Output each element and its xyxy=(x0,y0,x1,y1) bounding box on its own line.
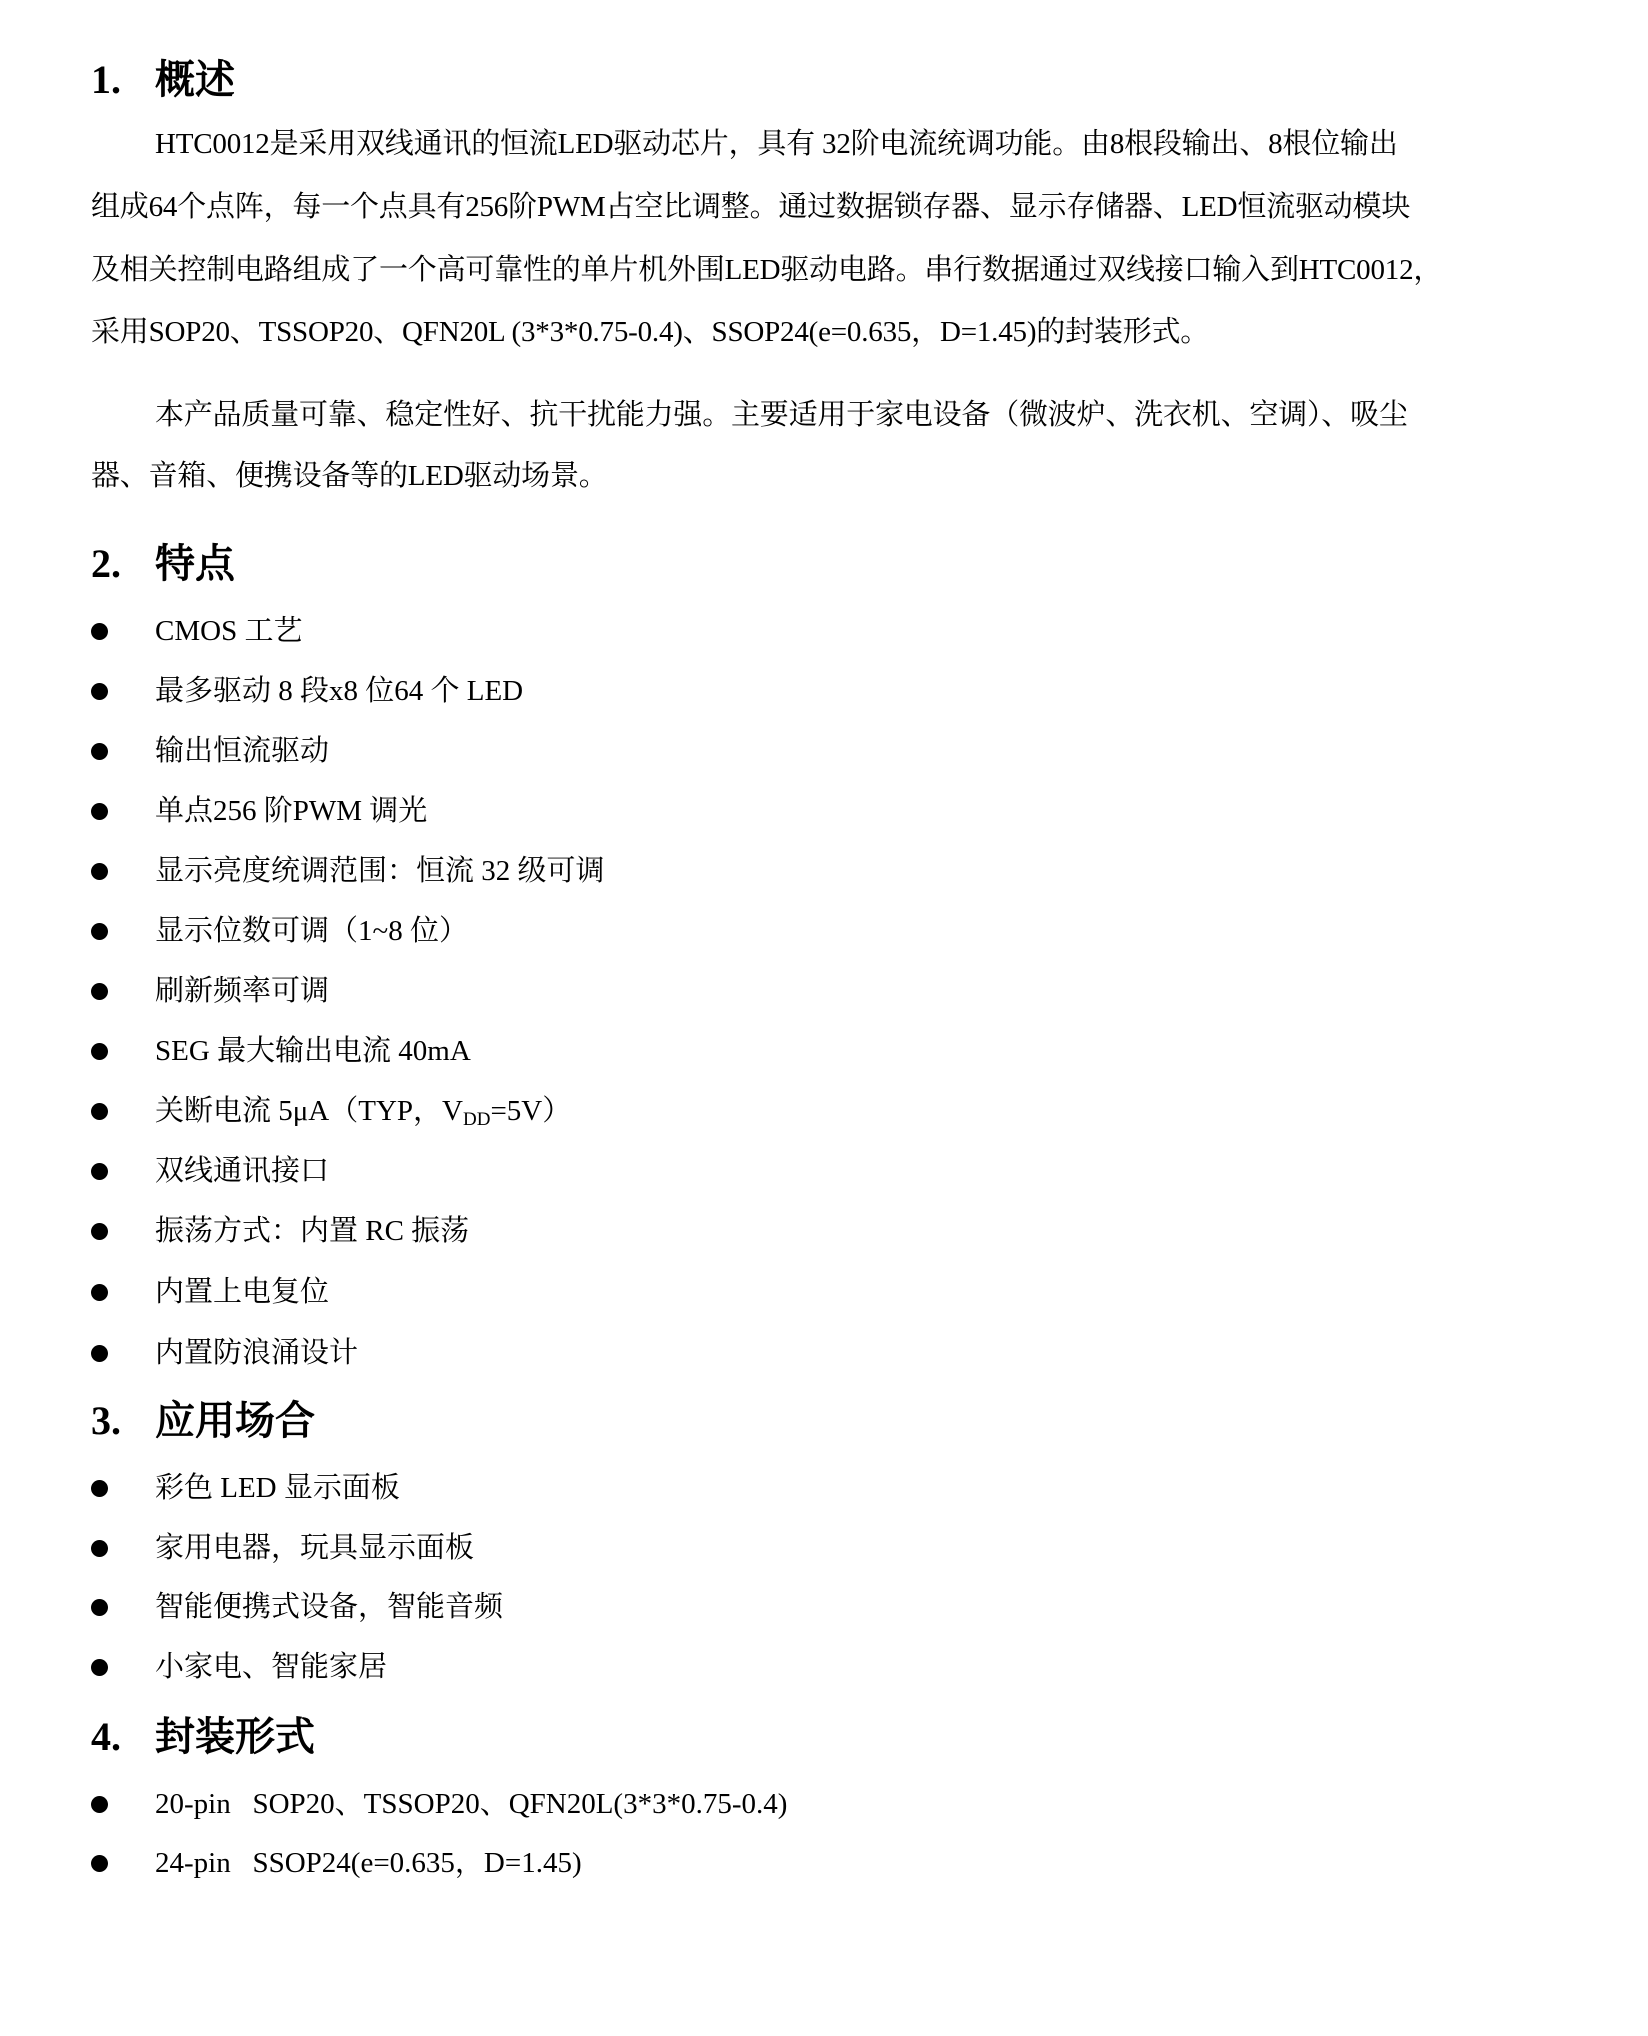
list-item-text: 刷新频率可调 xyxy=(155,971,329,1011)
section-heading-applications: 3.应用场合 xyxy=(91,1397,315,1445)
paragraph-line: 采用SOP20、TSSOP20、QFN20L (3*3*0.75-0.4)、SS… xyxy=(91,312,1571,352)
paragraph-line: 组成64个点阵，每一个点具有256阶PWM占空比调整。通过数据锁存器、显示存储器… xyxy=(91,187,1571,227)
list-item-text: 内置防浪涌设计 xyxy=(155,1333,358,1373)
section-heading-overview: 1.概述 xyxy=(91,56,235,104)
list-item-text: 彩色 LED 显示面板 xyxy=(155,1468,400,1508)
paragraph-line: 本产品质量可靠、稳定性好、抗干扰能力强。主要适用于家电设备（微波炉、洗衣机、空调… xyxy=(155,395,1571,435)
subscript: DD xyxy=(463,1109,490,1130)
bullet-icon xyxy=(91,683,108,700)
list-item-text: 关断电流 5μA（TYP，VDD=5V） xyxy=(155,1091,571,1131)
section-heading-features: 2.特点 xyxy=(91,540,235,588)
list-item-text: 双线通讯接口 xyxy=(155,1151,329,1191)
bullet-icon xyxy=(91,1345,108,1362)
list-item-text: 单点256 阶PWM 调光 xyxy=(155,791,427,831)
list-item-text: CMOS 工艺 xyxy=(155,611,302,651)
bullet-icon xyxy=(91,1540,108,1557)
bullet-icon xyxy=(91,863,108,880)
bullet-icon xyxy=(91,1163,108,1180)
paragraph-line: HTC0012是采用双线通讯的恒流LED驱动芯片，具有 32阶电流统调功能。由8… xyxy=(155,124,1571,164)
bullet-icon xyxy=(91,743,108,760)
bullet-icon xyxy=(91,1599,108,1616)
bullet-icon xyxy=(91,1480,108,1497)
section-title: 应用场合 xyxy=(155,1398,315,1443)
list-item-text: 显示亮度统调范围：恒流 32 级可调 xyxy=(155,851,605,891)
list-item-text: 输出恒流驱动 xyxy=(155,731,329,771)
bullet-icon xyxy=(91,923,108,940)
list-item-text: 24-pin SSOP24(e=0.635，D=1.45) xyxy=(155,1843,582,1883)
section-number: 4. xyxy=(91,1713,155,1761)
bullet-icon xyxy=(91,1796,108,1813)
bullet-icon xyxy=(91,1223,108,1240)
list-item-text: 智能便携式设备，智能音频 xyxy=(155,1587,503,1627)
bullet-icon xyxy=(91,623,108,640)
bullet-icon xyxy=(91,983,108,1000)
section-title: 概述 xyxy=(155,57,235,102)
list-item-text: 显示位数可调（1~8 位） xyxy=(155,911,468,951)
bullet-icon xyxy=(91,1103,108,1120)
section-number: 1. xyxy=(91,56,155,104)
list-item-text: 小家电、智能家居 xyxy=(155,1647,387,1687)
section-heading-packages: 4.封装形式 xyxy=(91,1713,315,1761)
list-item-text: SEG 最大输出电流 40mA xyxy=(155,1031,471,1071)
list-item-text: 20-pin SOP20、TSSOP20、QFN20L(3*3*0.75-0.4… xyxy=(155,1784,787,1824)
paragraph-line: 器、音箱、便携设备等的LED驱动场景。 xyxy=(91,456,1571,496)
paragraph-line: 及相关控制电路组成了一个高可靠性的单片机外围LED驱动电路。串行数据通过双线接口… xyxy=(91,250,1571,290)
section-number: 2. xyxy=(91,540,155,588)
list-item-text: 振荡方式：内置 RC 振荡 xyxy=(155,1211,469,1251)
list-item-text: 最多驱动 8 段x8 位64 个 LED xyxy=(155,671,523,711)
text-run: =5V） xyxy=(490,1095,571,1127)
list-item-text: 家用电器，玩具显示面板 xyxy=(155,1528,474,1568)
section-number: 3. xyxy=(91,1397,155,1445)
bullet-icon xyxy=(91,803,108,820)
section-title: 特点 xyxy=(155,541,235,586)
section-title: 封装形式 xyxy=(155,1714,315,1759)
bullet-icon xyxy=(91,1284,108,1301)
bullet-icon xyxy=(91,1659,108,1676)
bullet-icon xyxy=(91,1043,108,1060)
bullet-icon xyxy=(91,1855,108,1872)
text-run: 关断电流 5μA（TYP，V xyxy=(155,1095,463,1127)
list-item-text: 内置上电复位 xyxy=(155,1272,329,1312)
